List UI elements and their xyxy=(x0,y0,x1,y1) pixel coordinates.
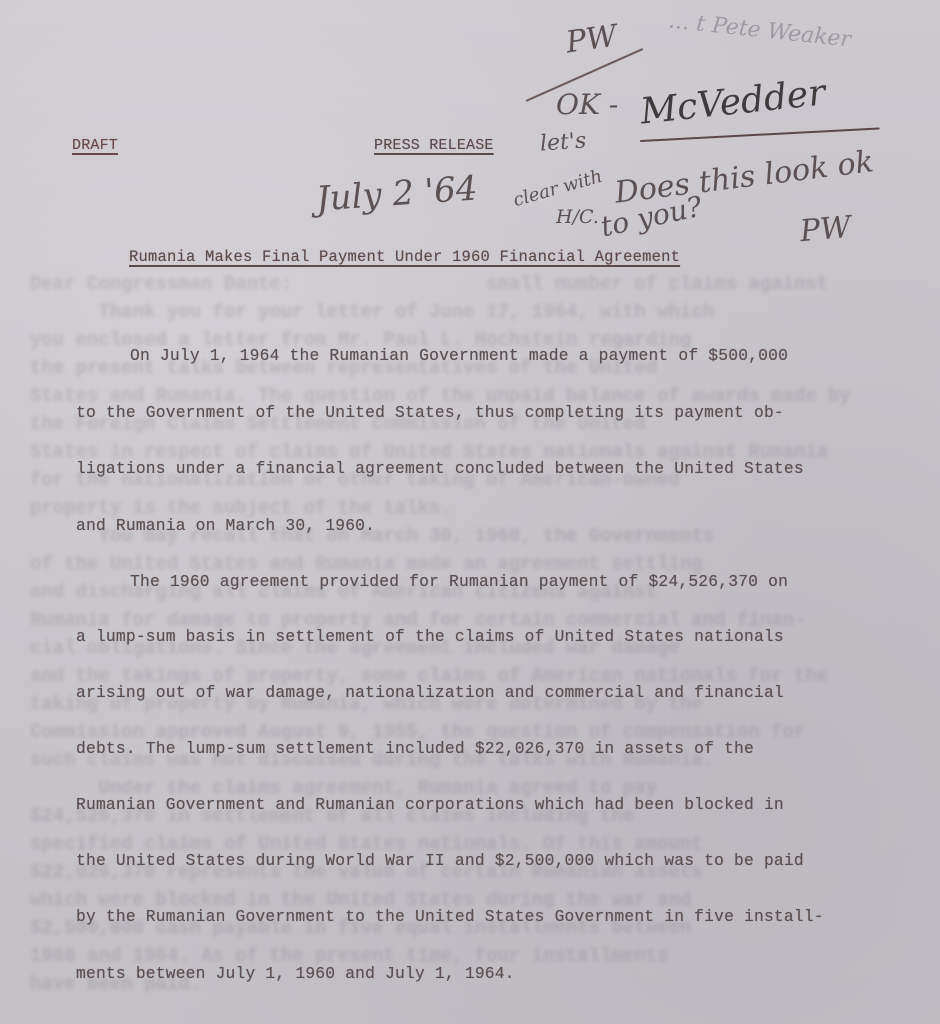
handwritten-signature: McVedder xyxy=(638,72,827,132)
handwritten-question-line2: to you? xyxy=(598,190,705,244)
body-line: by the Rumanian Government to the United… xyxy=(76,907,824,926)
body-line: Rumanian Government and Rumanian corpora… xyxy=(76,795,784,814)
headline: Rumania Makes Final Payment Under 1960 F… xyxy=(129,248,680,266)
handwritten-question-line1: Does this look ok xyxy=(613,144,876,210)
body-line: a lump-sum basis in settlement of the cl… xyxy=(76,627,784,646)
document-page: Dear Congressman Dante: small number of … xyxy=(0,0,940,1024)
handwritten-initials-bottom: PW xyxy=(799,210,853,249)
handwritten-lets-note: let's xyxy=(539,128,587,156)
body-line: arising out of war damage, nationalizati… xyxy=(76,683,784,702)
press-release-label: PRESS RELEASE xyxy=(374,137,494,154)
body-line: The 1960 agreement provided for Rumanian… xyxy=(130,572,788,591)
draft-label: DRAFT xyxy=(72,137,118,154)
handwritten-clear-with-note: clear with xyxy=(511,166,605,211)
handwritten-faint-note: ... t Pete Weaker xyxy=(667,8,852,52)
handwritten-hc-note: H/C. xyxy=(556,206,599,228)
handwritten-ok-note: OK - xyxy=(556,88,618,121)
body-line: to the Government of the United States, … xyxy=(76,403,784,422)
signature-underline xyxy=(640,127,880,142)
body-line: the United States during World War II an… xyxy=(76,851,804,870)
body-line: On July 1, 1964 the Rumanian Government … xyxy=(130,346,788,365)
handwritten-initials-top: PW xyxy=(564,19,619,61)
body-line: ligations under a financial agreement co… xyxy=(76,459,804,478)
body-line: ments between July 1, 1960 and July 1, 1… xyxy=(76,964,515,983)
body-line: debts. The lump-sum settlement included … xyxy=(76,739,754,758)
body-line: and Rumania on March 30, 1960. xyxy=(76,516,375,535)
handwritten-date: July 2 '64 xyxy=(315,168,479,219)
handwritten-slash-line xyxy=(526,48,644,102)
